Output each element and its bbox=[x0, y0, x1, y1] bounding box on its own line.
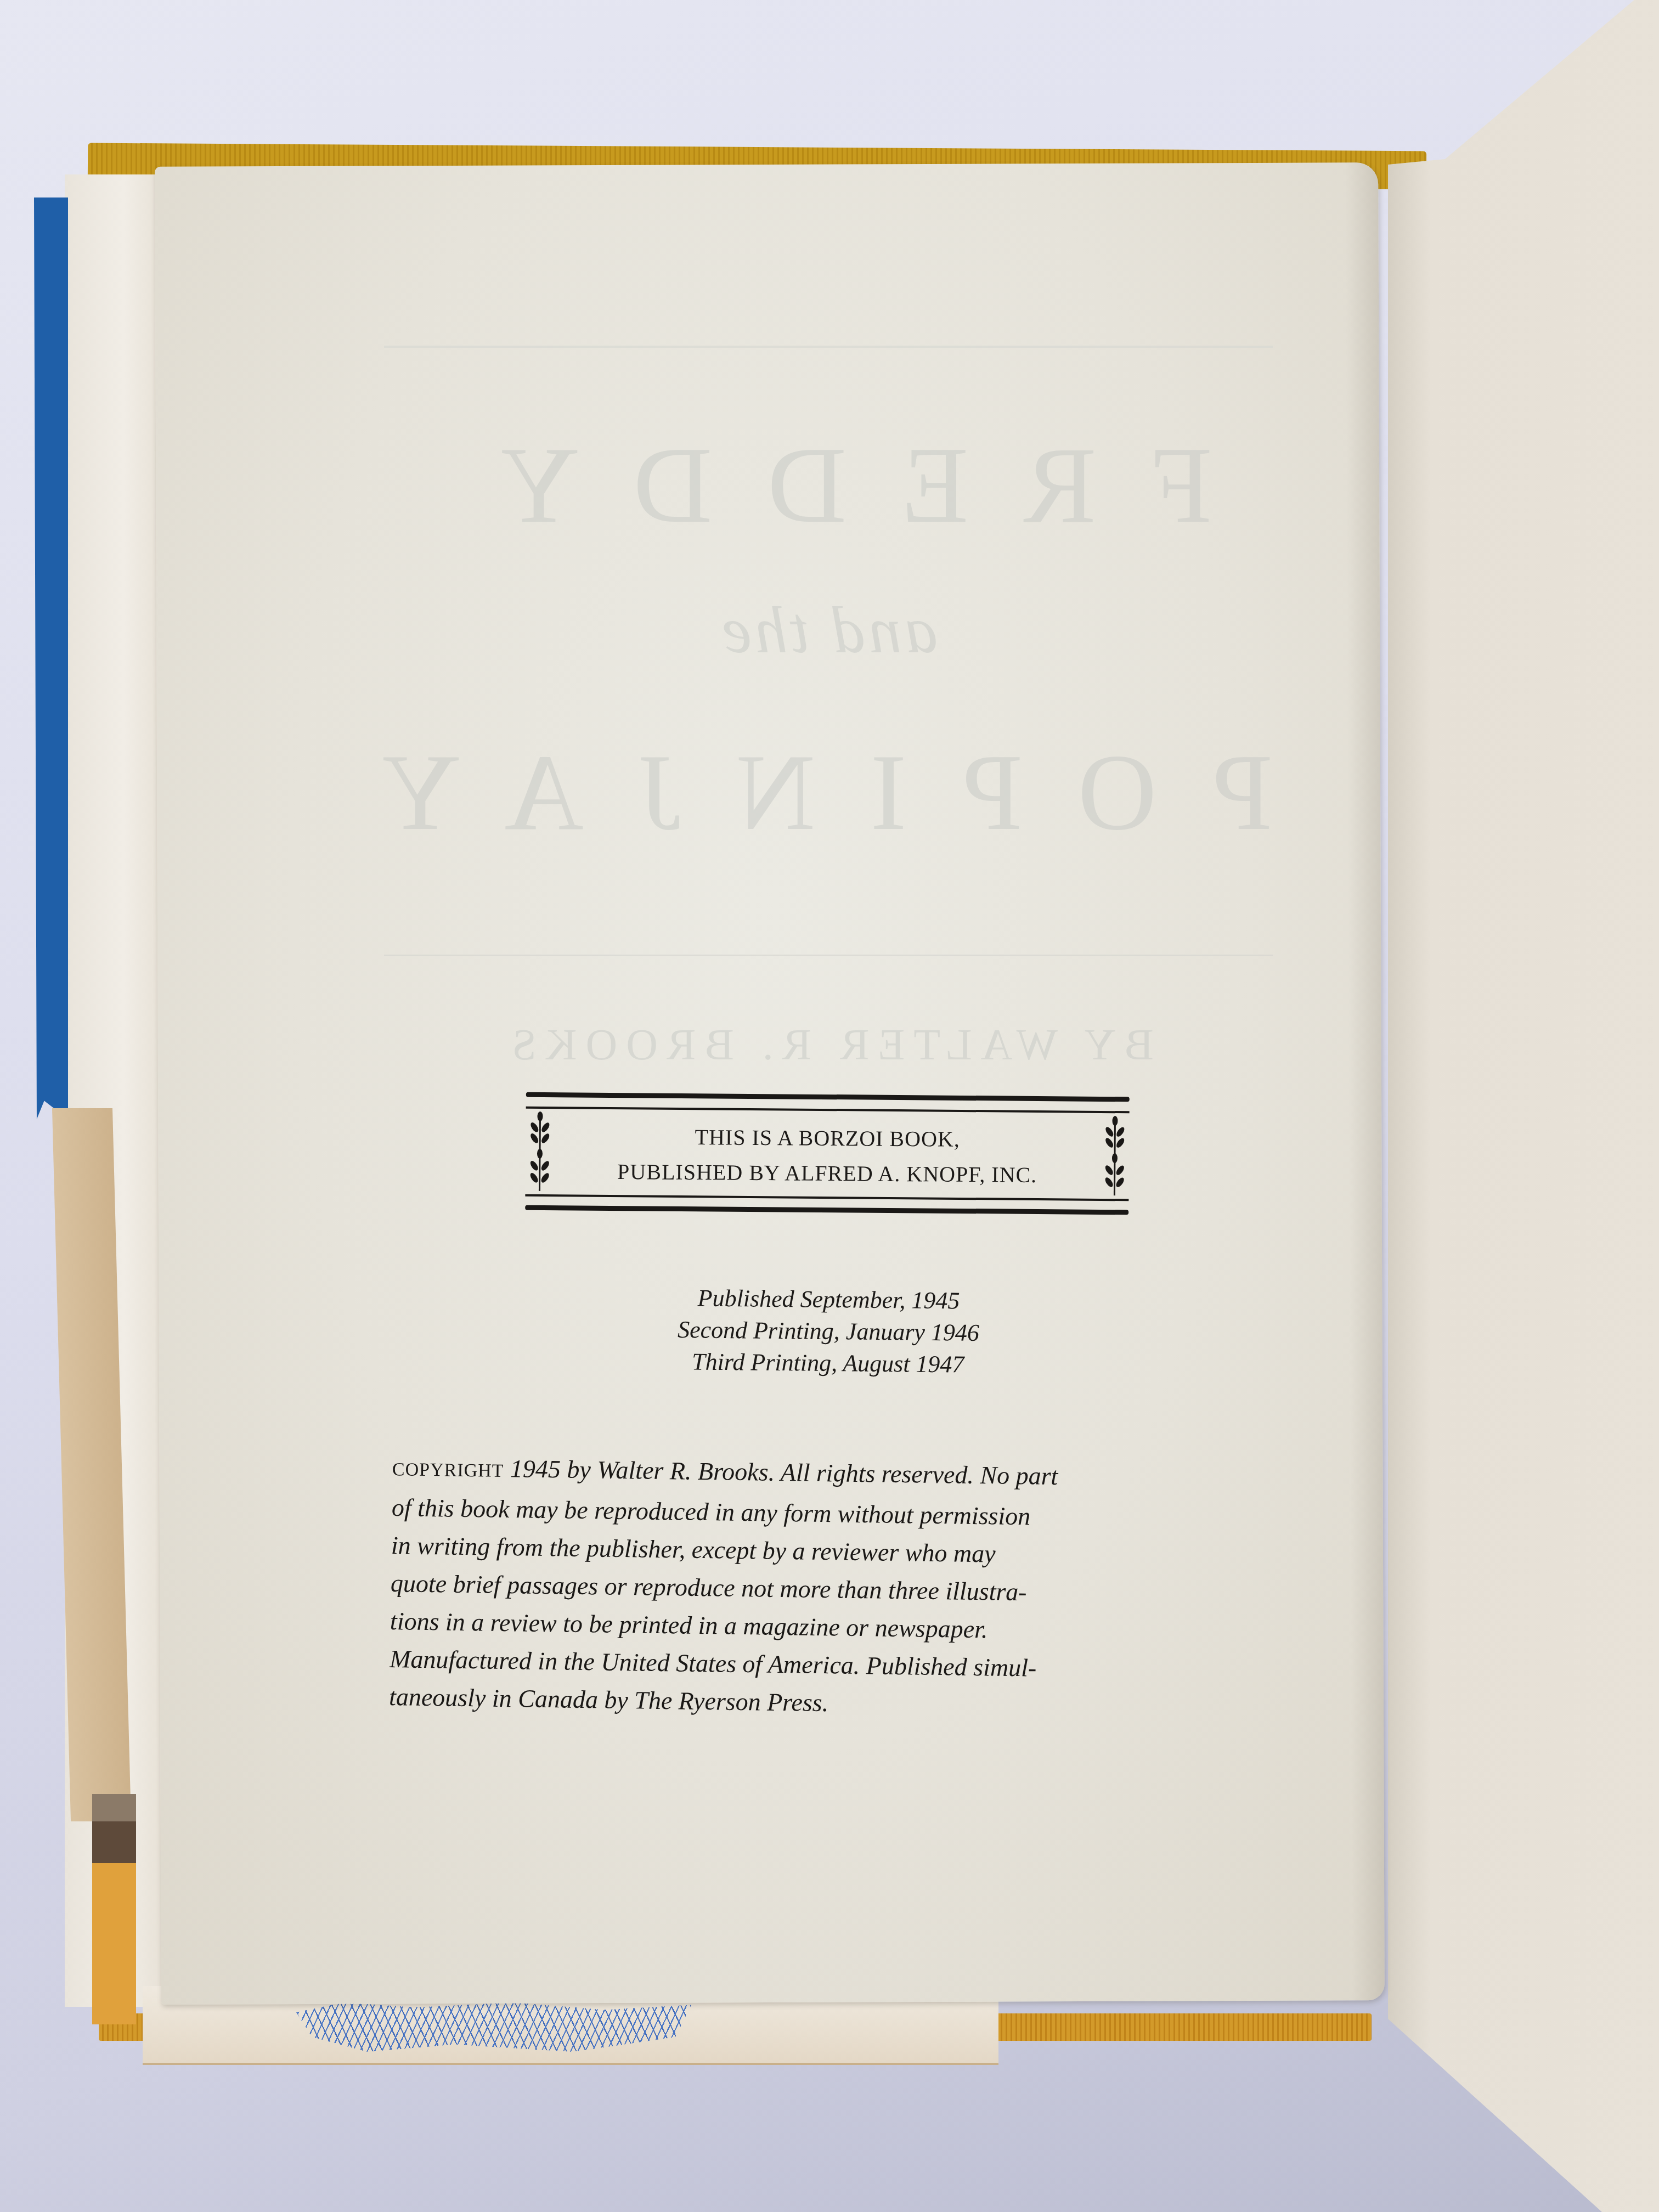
box-rule-top-thin bbox=[526, 1107, 1130, 1114]
show-through-title-and: and the bbox=[384, 592, 1273, 668]
publisher-box: THIS IS A BORZOI BOOK, PUBLISHED BY ALFR… bbox=[525, 1092, 1130, 1215]
laurel-leaf-icon bbox=[528, 1111, 551, 1193]
publisher-line-2: PUBLISHED BY ALFRED A. KNOPF, INC. bbox=[558, 1154, 1096, 1193]
dust-jacket-blue-flap bbox=[34, 198, 68, 1119]
copyright-notice: COPYRIGHT 1945 by Walter R. Brooks. All … bbox=[389, 1448, 1249, 1728]
show-through-title-line2: POPINJAY bbox=[384, 730, 1273, 855]
laurel-leaf-icon bbox=[1103, 1115, 1126, 1198]
show-through-author: BY WALTER R. BROOKS bbox=[384, 1020, 1273, 1070]
recto-page bbox=[1388, 0, 1659, 2212]
show-through-rule bbox=[384, 955, 1273, 956]
copyright-text: 1945 by Walter R. Brooks. All rights res… bbox=[504, 1454, 1058, 1490]
copyright-label: COPYRIGHT bbox=[392, 1459, 504, 1481]
publisher-notice: THIS IS A BORZOI BOOK, PUBLISHED BY ALFR… bbox=[558, 1119, 1096, 1193]
printing-line: Published September, 1945 bbox=[549, 1281, 1109, 1319]
printing-history: Published September, 1945 Second Printin… bbox=[548, 1281, 1109, 1383]
box-rule-bottom-thin bbox=[525, 1194, 1128, 1201]
publisher-line-1: THIS IS A BORZOI BOOK, bbox=[558, 1119, 1096, 1158]
printing-line: Second Printing, January 1946 bbox=[549, 1313, 1109, 1351]
dust-jacket-color-bands bbox=[92, 1794, 136, 2024]
show-through-ornament bbox=[384, 307, 1273, 348]
printing-line: Third Printing, August 1947 bbox=[548, 1345, 1108, 1383]
show-through-title-line1: FREDDY bbox=[384, 422, 1273, 548]
